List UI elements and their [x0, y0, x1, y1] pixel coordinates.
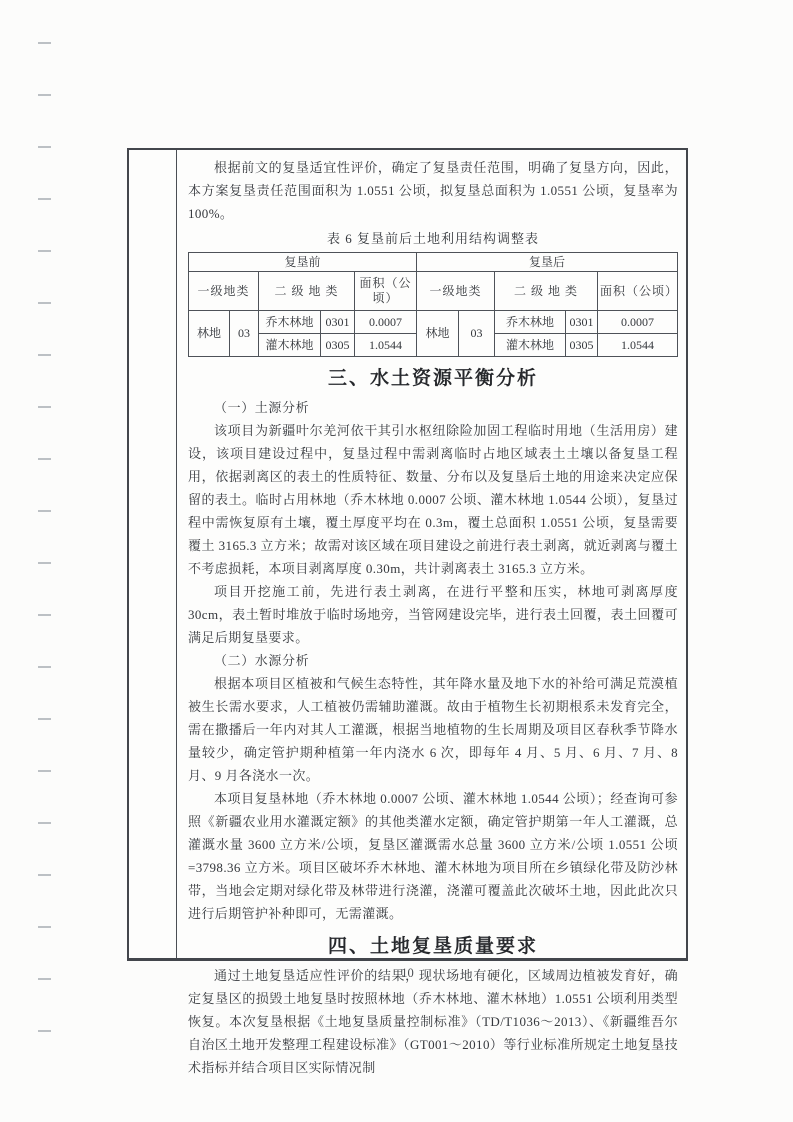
document-content: 根据前文的复垦适宜性评价，确定了复垦责任范围，明确了复垦方向，因此，本方案复垦责… [177, 150, 687, 958]
scanned-document-page: 根据前文的复垦适宜性评价，确定了复垦责任范围，明确了复垦方向，因此，本方案复垦责… [0, 0, 793, 1122]
land-use-adjust-table: 复垦前 复垦后 一级地类 二 级 地 类 面积（公顷） 一级地类 二 级 地 类… [188, 252, 678, 357]
document-frame: 根据前文的复垦适宜性评价，确定了复垦责任范围，明确了复垦方向，因此，本方案复垦责… [127, 148, 688, 961]
col-header-level2-before: 二 级 地 类 [259, 272, 355, 311]
binding-marks [38, 42, 51, 1052]
section-title-quality: 四、土地复垦质量要求 [188, 933, 678, 959]
before-row-area: 1.0544 [355, 334, 417, 357]
after-row-code: 0301 [566, 311, 598, 334]
before-level1-code: 03 [230, 311, 259, 357]
intro-paragraph: 根据前文的复垦适宜性评价，确定了复垦责任范围，明确了复垦方向，因此，本方案复垦责… [188, 156, 678, 225]
col-header-level1-after: 一级地类 [417, 272, 495, 311]
col-header-area-before: 面积（公顷） [355, 272, 417, 311]
before-level1-name: 林地 [189, 311, 230, 357]
empty-label-column [129, 150, 177, 958]
soil-source-paragraph-1: 该项目为新疆叶尔羌河依干其引水枢纽除险加固工程临时用地（生活用房）建设，该项目建… [188, 419, 678, 580]
water-source-paragraph-2: 本项目复垦林地（乔木林地 0.0007 公顷、灌木林地 1.0544 公顷）；经… [188, 787, 678, 925]
page-number: 10 [127, 966, 688, 981]
after-level1-code: 03 [459, 311, 495, 357]
col-header-level1-before: 一级地类 [189, 272, 259, 311]
before-row-code: 0301 [321, 311, 355, 334]
before-row-name: 乔木林地 [259, 311, 321, 334]
table-caption: 表 6 复垦前后土地利用结构调整表 [188, 227, 678, 250]
section-title-water-balance: 三、水土资源平衡分析 [188, 365, 678, 391]
soil-source-paragraph-2: 项目开挖施工前，先进行表土剥离，在进行平整和压实，林地可剥离厚度 30cm，表土… [188, 580, 678, 649]
after-row-code: 0305 [566, 334, 598, 357]
quality-paragraph-1: 通过土地复垦适应性评价的结果，现状场地有硬化，区域周边植被发育好，确定复垦区的损… [188, 964, 678, 1079]
subheading-soil-source: （一）土源分析 [188, 396, 678, 419]
after-row-area: 1.0544 [598, 334, 678, 357]
after-row-area: 0.0007 [598, 311, 678, 334]
water-source-paragraph-1: 根据本项目区植被和气候生态特性，其年降水量及地下水的补给可满足荒漠植被生长需水要… [188, 672, 678, 787]
group-header-before: 复垦前 [189, 253, 417, 272]
before-row-code: 0305 [321, 334, 355, 357]
group-header-after: 复垦后 [417, 253, 678, 272]
before-row-name: 灌木林地 [259, 334, 321, 357]
before-row-area: 0.0007 [355, 311, 417, 334]
col-header-level2-after: 二 级 地 类 [495, 272, 598, 311]
subheading-water-source: （二）水源分析 [188, 649, 678, 672]
after-row-name: 乔木林地 [495, 311, 566, 334]
after-level1-name: 林地 [417, 311, 459, 357]
after-row-name: 灌木林地 [495, 334, 566, 357]
col-header-area-after: 面积（公顷） [598, 272, 678, 311]
